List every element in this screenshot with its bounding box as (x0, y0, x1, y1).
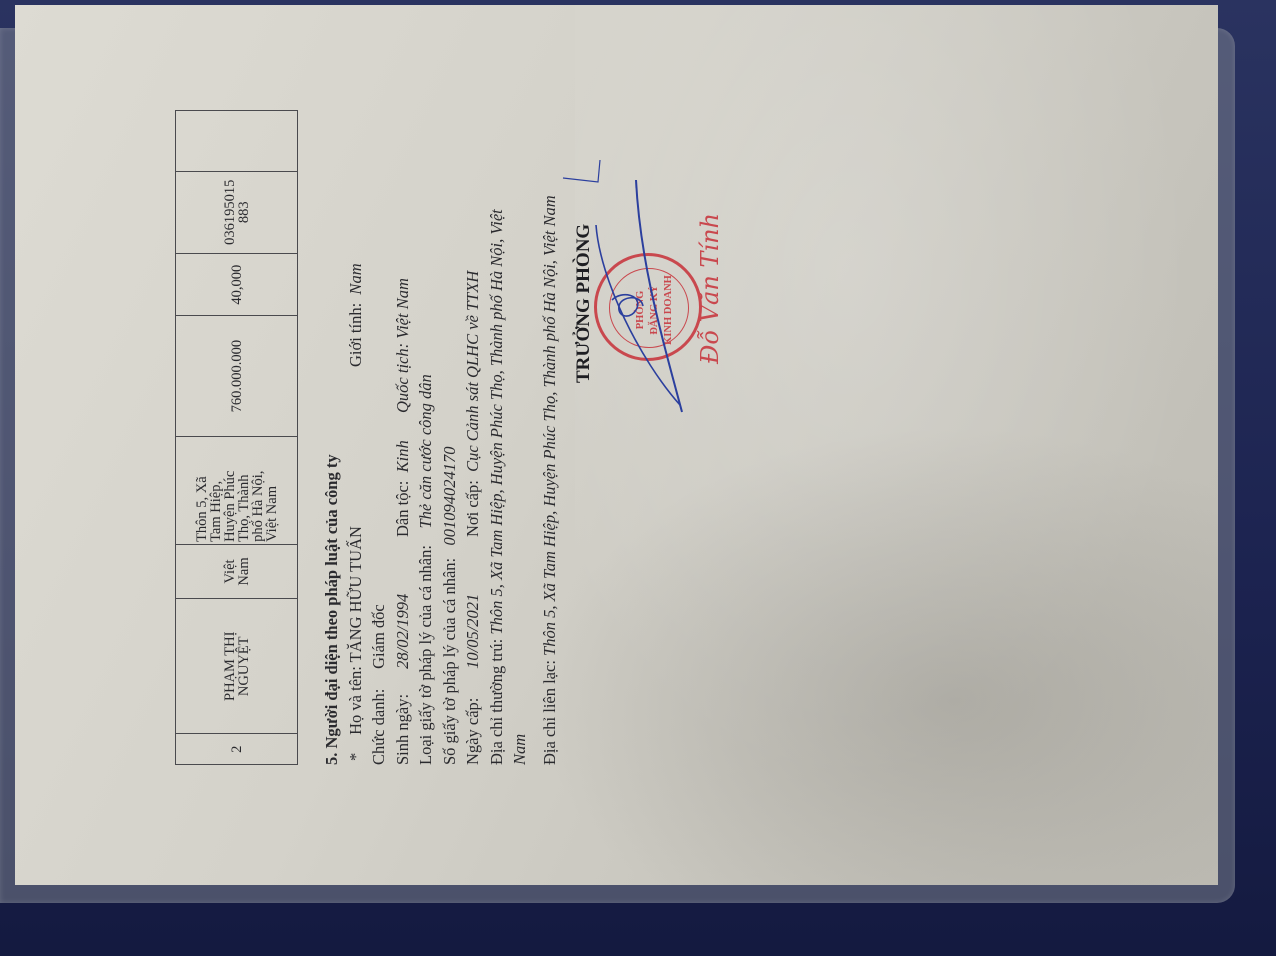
pen-signature (0, 0, 1276, 956)
